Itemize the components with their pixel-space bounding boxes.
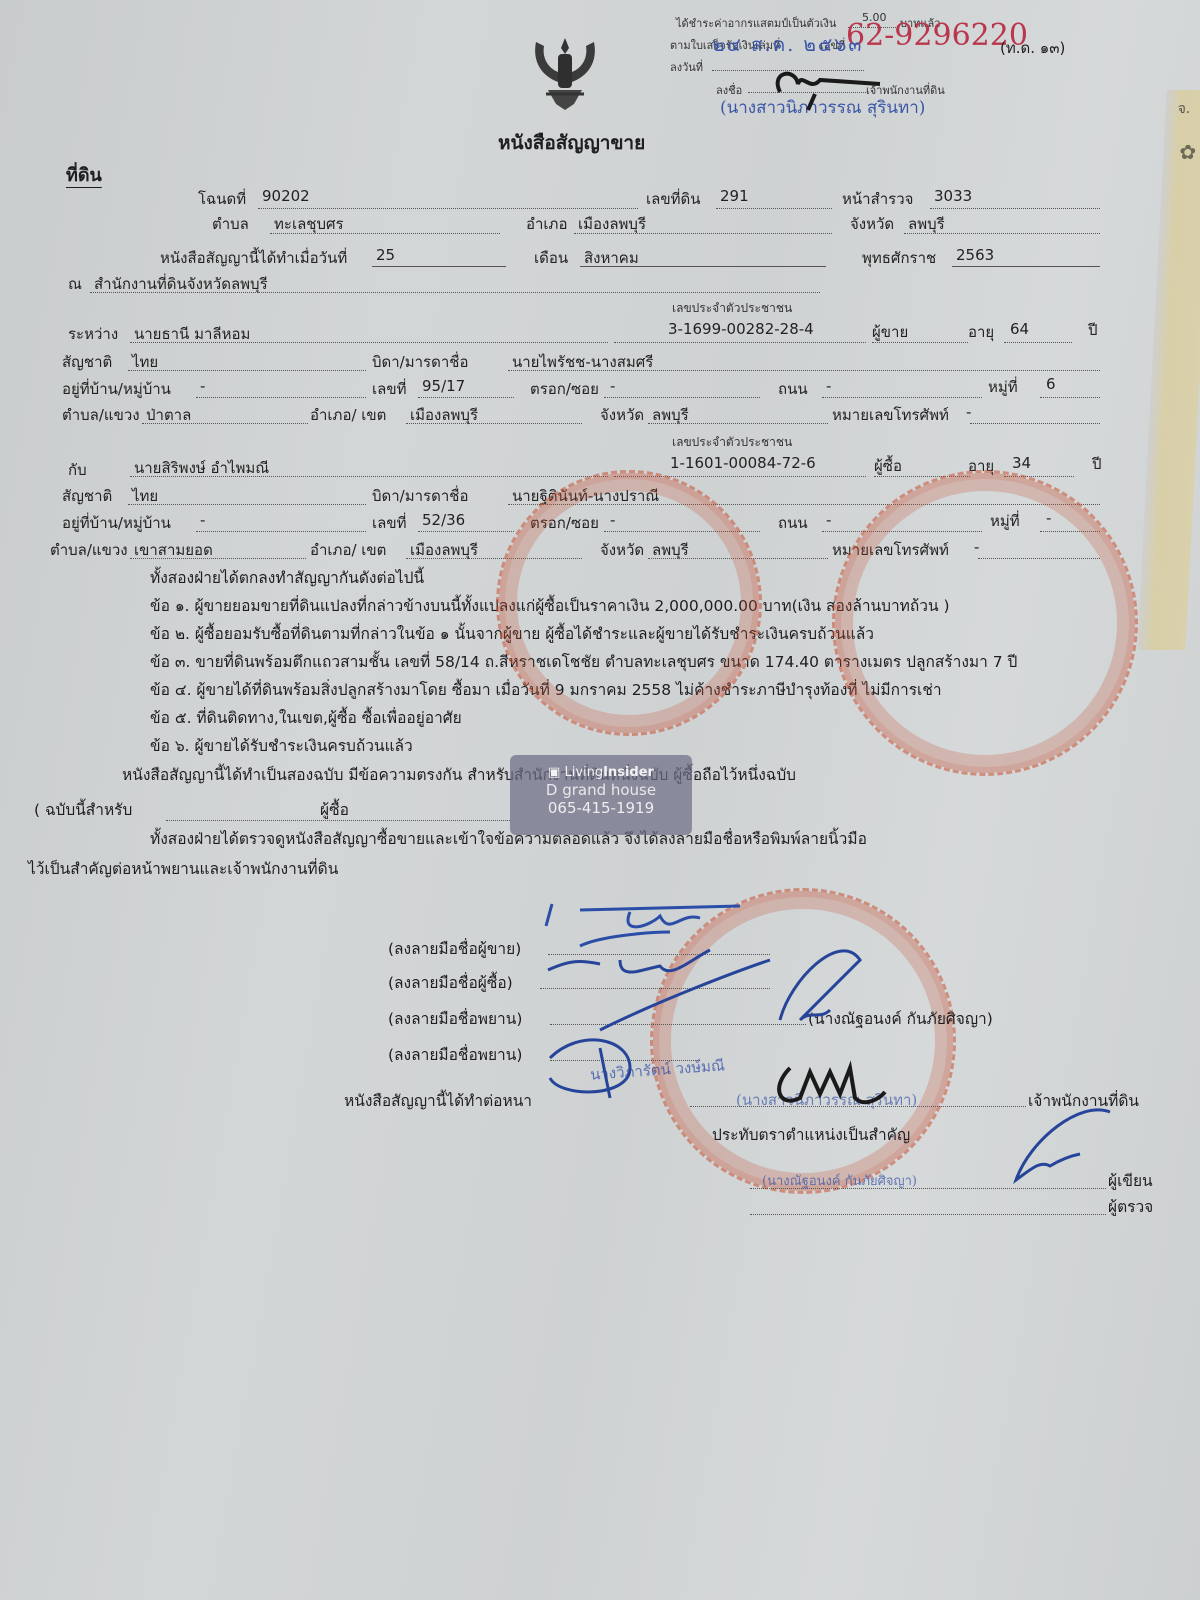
- clause-5: ข้อ ๕. ที่ดินติดทาง,ในเขต,ผู้ซื้อ ซื้อเพ…: [150, 705, 462, 730]
- review-statement-line2: ไว้เป็นสำคัญต่อหน้าพยานและเจ้าพนักงานที่…: [28, 856, 338, 881]
- witness2-signature-label: (ลงลายมือชื่อพยาน): [388, 1042, 522, 1067]
- buyer-age: 34: [1012, 454, 1031, 472]
- made-on-label: หนังสือสัญญานี้ได้ทำเมื่อวันที่: [160, 246, 347, 270]
- seller-year-unit: ปี: [1088, 318, 1098, 342]
- seller-age-label: อายุ: [968, 320, 994, 344]
- writer-name-stamp: (นางณัฐอนงค์ กันภัยศิจญา): [762, 1170, 917, 1191]
- writer-signature: [1010, 1100, 1120, 1190]
- watermark-brand: ▣ LivingInsider: [510, 765, 692, 780]
- day-value: 25: [376, 246, 395, 264]
- buyer-role: ผู้ซื้อ: [874, 454, 902, 478]
- buyer-tambon-label: ตำบล/แขวง: [50, 538, 128, 562]
- buyer-signature-label: (ลงลายมือชื่อผู้ซื้อ): [388, 970, 513, 995]
- official-seal-stamp: [832, 470, 1138, 776]
- clause-6: ข้อ ๖. ผู้ขายได้รับชำระเงินครบถ้วนแล้ว: [150, 733, 413, 758]
- seller-id-label: เลขประจำตัวประชาชน: [672, 299, 792, 318]
- buyer-amphoe-label: อำเภอ/ เขต: [310, 538, 386, 562]
- seller-moo: 6: [1046, 375, 1056, 393]
- province-label: จังหวัด: [850, 212, 894, 236]
- between-label: ระหว่าง: [68, 322, 118, 346]
- agreement-intro: ทั้งสองฝ่ายได้ตกลงทำสัญญากันดังต่อไปนี้: [150, 565, 424, 590]
- amphoe-label: อำเภอ: [526, 212, 567, 236]
- year-label: พุทธศักราช: [862, 246, 936, 270]
- year-value: 2563: [956, 246, 994, 264]
- buyer-village-label: อยู่ที่บ้าน/หมู่บ้าน: [62, 511, 171, 535]
- section-title: ที่ดิน: [66, 160, 102, 189]
- at-label: ณ: [68, 272, 82, 296]
- copy-for-value: ผู้ซื้อ: [320, 797, 349, 822]
- edge-corner-text: จ.: [1177, 98, 1191, 120]
- land-no-label: เลขที่ดิน: [646, 187, 700, 211]
- buyer-parents-label: บิดา/มารดาชื่อ: [372, 484, 468, 508]
- seller-road-label: ถนน: [778, 377, 808, 401]
- stamp-date-label: ลงวันที่: [670, 58, 703, 76]
- watermark-overlay: ▣ LivingInsider D grand house 065-415-19…: [510, 755, 692, 835]
- checker-label: ผู้ตรวจ: [1108, 1194, 1153, 1219]
- copies-statement: หนังสือสัญญานี้ได้ทำเป็นสองฉบับ มีข้อควา…: [122, 762, 796, 787]
- buyer-id-label: เลขประจำตัวประชาชน: [672, 433, 792, 452]
- garuda-emblem-icon: [528, 32, 602, 112]
- ornament-icon: ✿: [1179, 140, 1197, 164]
- watermark-brand-bold: Insider: [603, 765, 654, 780]
- survey-number: 3033: [934, 187, 972, 205]
- officer-signature: [770, 62, 890, 112]
- buyer-house-no: 52/36: [422, 511, 465, 529]
- seal-label: ประทับตราตำแหน่งเป็นสำคัญ: [712, 1122, 910, 1147]
- tambon-label: ตำบล: [212, 212, 249, 236]
- buyer-nationality-label: สัญชาติ: [62, 484, 112, 508]
- buyer-year-unit: ปี: [1092, 452, 1102, 476]
- buyer-road-label: ถนน: [778, 511, 808, 535]
- officer-land-signature: [770, 1058, 890, 1118]
- adjacent-document-edge: จ. ✿: [1137, 90, 1200, 650]
- seller-soi: -: [610, 377, 615, 395]
- official-seal-stamp: [496, 470, 762, 736]
- land-number: 291: [720, 187, 749, 205]
- with-label: กับ: [68, 458, 87, 482]
- seller-house-no-label: เลขที่: [372, 377, 406, 401]
- seller-village: -: [200, 377, 205, 395]
- buyer-house-no-label: เลขที่: [372, 511, 406, 535]
- survey-label: หน้าสำรวจ: [842, 187, 913, 211]
- form-code: (ท.ด. ๑๓): [1000, 36, 1065, 60]
- buyer-village: -: [200, 511, 205, 529]
- seller-tambon-label: ตำบล/แขวง: [62, 403, 140, 427]
- seller-signature-label: (ลงลายมือชื่อผู้ขาย): [388, 936, 521, 961]
- watermark-brand-light: Living: [564, 765, 603, 780]
- month-label: เดือน: [534, 246, 568, 270]
- seller-house-no: 95/17: [422, 377, 465, 395]
- deed-number: 90202: [262, 187, 310, 205]
- seller-village-label: อยู่ที่บ้าน/หมู่บ้าน: [62, 377, 171, 401]
- witness2-signature: [540, 1028, 660, 1108]
- seller-road: -: [826, 377, 831, 395]
- building-icon: ▣: [548, 765, 560, 780]
- seller-phone-label: หมายเลขโทรศัพท์: [832, 403, 949, 427]
- document-title: หนังสือสัญญาขาย: [498, 128, 645, 158]
- review-statement-line1: ทั้งสองฝ่ายได้ตรวจดูหนังสือสัญญาซื้อขายแ…: [150, 826, 867, 851]
- stamp-date-value: ๒๔ ส.ค. ๒๕๖๓: [712, 30, 863, 60]
- witness1-signature-label: (ลงลายมือชื่อพยาน): [388, 1006, 522, 1031]
- seller-parents-label: บิดา/มารดาชื่อ: [372, 350, 468, 374]
- copy-for-label: ( ฉบับนี้สำหรับ: [34, 797, 132, 822]
- watermark-name: D grand house: [510, 781, 692, 799]
- seller-nationality-label: สัญชาติ: [62, 350, 112, 374]
- seller-moo-label: หมู่ที่: [988, 375, 1018, 399]
- buyer-id: 1-1601-00084-72-6: [670, 454, 816, 472]
- seller-phone: -: [966, 403, 971, 421]
- made-before-label: หนังสือสัญญานี้ได้ทำต่อหนา: [344, 1088, 532, 1113]
- watermark-phone: 065-415-1919: [510, 799, 692, 817]
- seller-role: ผู้ขาย: [872, 320, 908, 344]
- seller-id: 3-1699-00282-28-4: [668, 320, 814, 338]
- seller-province-label: จังหวัด: [600, 403, 644, 427]
- seller-soi-label: ตรอก/ซอย: [530, 377, 599, 401]
- deed-label: โฉนดที่: [198, 187, 246, 211]
- seller-amphoe-label: อำเภอ/ เขต: [310, 403, 386, 427]
- seller-age: 64: [1010, 320, 1029, 338]
- buyer-road: -: [826, 511, 831, 529]
